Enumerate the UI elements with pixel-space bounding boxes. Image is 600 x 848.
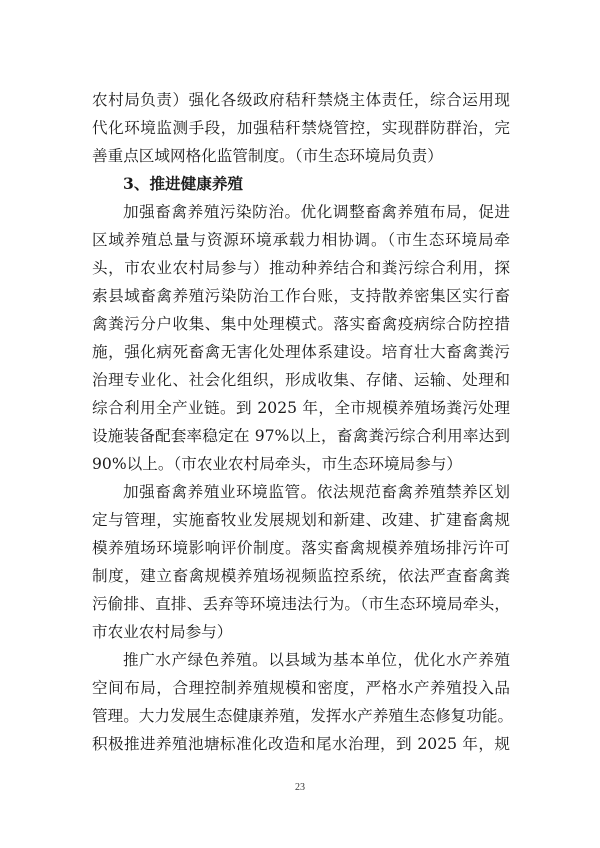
text-line: 市农业农村局参与） bbox=[92, 618, 510, 646]
document-page: 农村局负责）强化各级政府秸秆禁烧主体责任，综合运用现 代化环境监测手段，加强秸秆… bbox=[0, 0, 600, 848]
section-heading: 3、推进健康养殖 bbox=[92, 170, 510, 198]
text-line: 综合利用全产业链。到 2025 年，全市规模养殖场粪污处理 bbox=[92, 394, 510, 422]
text-line: 制度，建立畜禽规模养殖场视频监控系统，依法严查畜禽粪 bbox=[92, 562, 510, 590]
text-line: 定与管理，实施畜牧业发展规划和新建、改建、扩建畜禽规 bbox=[92, 506, 510, 534]
text-line: 设施装备配套率稳定在 97%以上，畜禽粪污综合利用率达到 bbox=[92, 422, 510, 450]
text-line: 治理专业化、社会化组织，形成收集、存储、运输、处理和 bbox=[92, 366, 510, 394]
text-line: 善重点区域网格化监管制度。（市生态环境局负责） bbox=[92, 142, 510, 170]
paragraph-start-line: 推广水产绿色养殖。以县域为基本单位，优化水产养殖 bbox=[92, 646, 510, 674]
text-line: 农村局负责）强化各级政府秸秆禁烧主体责任，综合运用现 bbox=[92, 86, 510, 114]
text-line: 90%以上。（市农业农村局牵头，市生态环境局参与） bbox=[92, 450, 510, 478]
page-number: 23 bbox=[0, 782, 600, 793]
text-line: 头，市农业农村局参与）推动种养结合和粪污综合利用，探 bbox=[92, 254, 510, 282]
text-line: 代化环境监测手段，加强秸秆禁烧管控，实现群防群治，完 bbox=[92, 114, 510, 142]
paragraph-start-line: 加强畜禽养殖污染防治。优化调整畜禽养殖布局，促进 bbox=[92, 198, 510, 226]
text-line: 污偷排、直排、丢弃等环境违法行为。（市生态环境局牵头， bbox=[92, 590, 510, 618]
text-line: 禽粪污分户收集、集中处理模式。落实畜禽疫病综合防控措 bbox=[92, 310, 510, 338]
body-text: 农村局负责）强化各级政府秸秆禁烧主体责任，综合运用现 代化环境监测手段，加强秸秆… bbox=[92, 86, 510, 758]
paragraph-start-line: 加强畜禽养殖业环境监管。依法规范畜禽养殖禁养区划 bbox=[92, 478, 510, 506]
text-line: 索县域畜禽养殖污染防治工作台账，支持散养密集区实行畜 bbox=[92, 282, 510, 310]
text-line: 施，强化病死畜禽无害化处理体系建设。培育壮大畜禽粪污 bbox=[92, 338, 510, 366]
text-line: 区域养殖总量与资源环境承载力相协调。（市生态环境局牵 bbox=[92, 226, 510, 254]
text-line: 模养殖场环境影响评价制度。落实畜禽规模养殖场排污许可 bbox=[92, 534, 510, 562]
text-line: 积极推进养殖池塘标准化改造和尾水治理，到 2025 年，规 bbox=[92, 730, 510, 758]
text-line: 空间布局，合理控制养殖规模和密度，严格水产养殖投入品 bbox=[92, 674, 510, 702]
text-line: 管理。大力发展生态健康养殖，发挥水产养殖生态修复功能。 bbox=[92, 702, 510, 730]
